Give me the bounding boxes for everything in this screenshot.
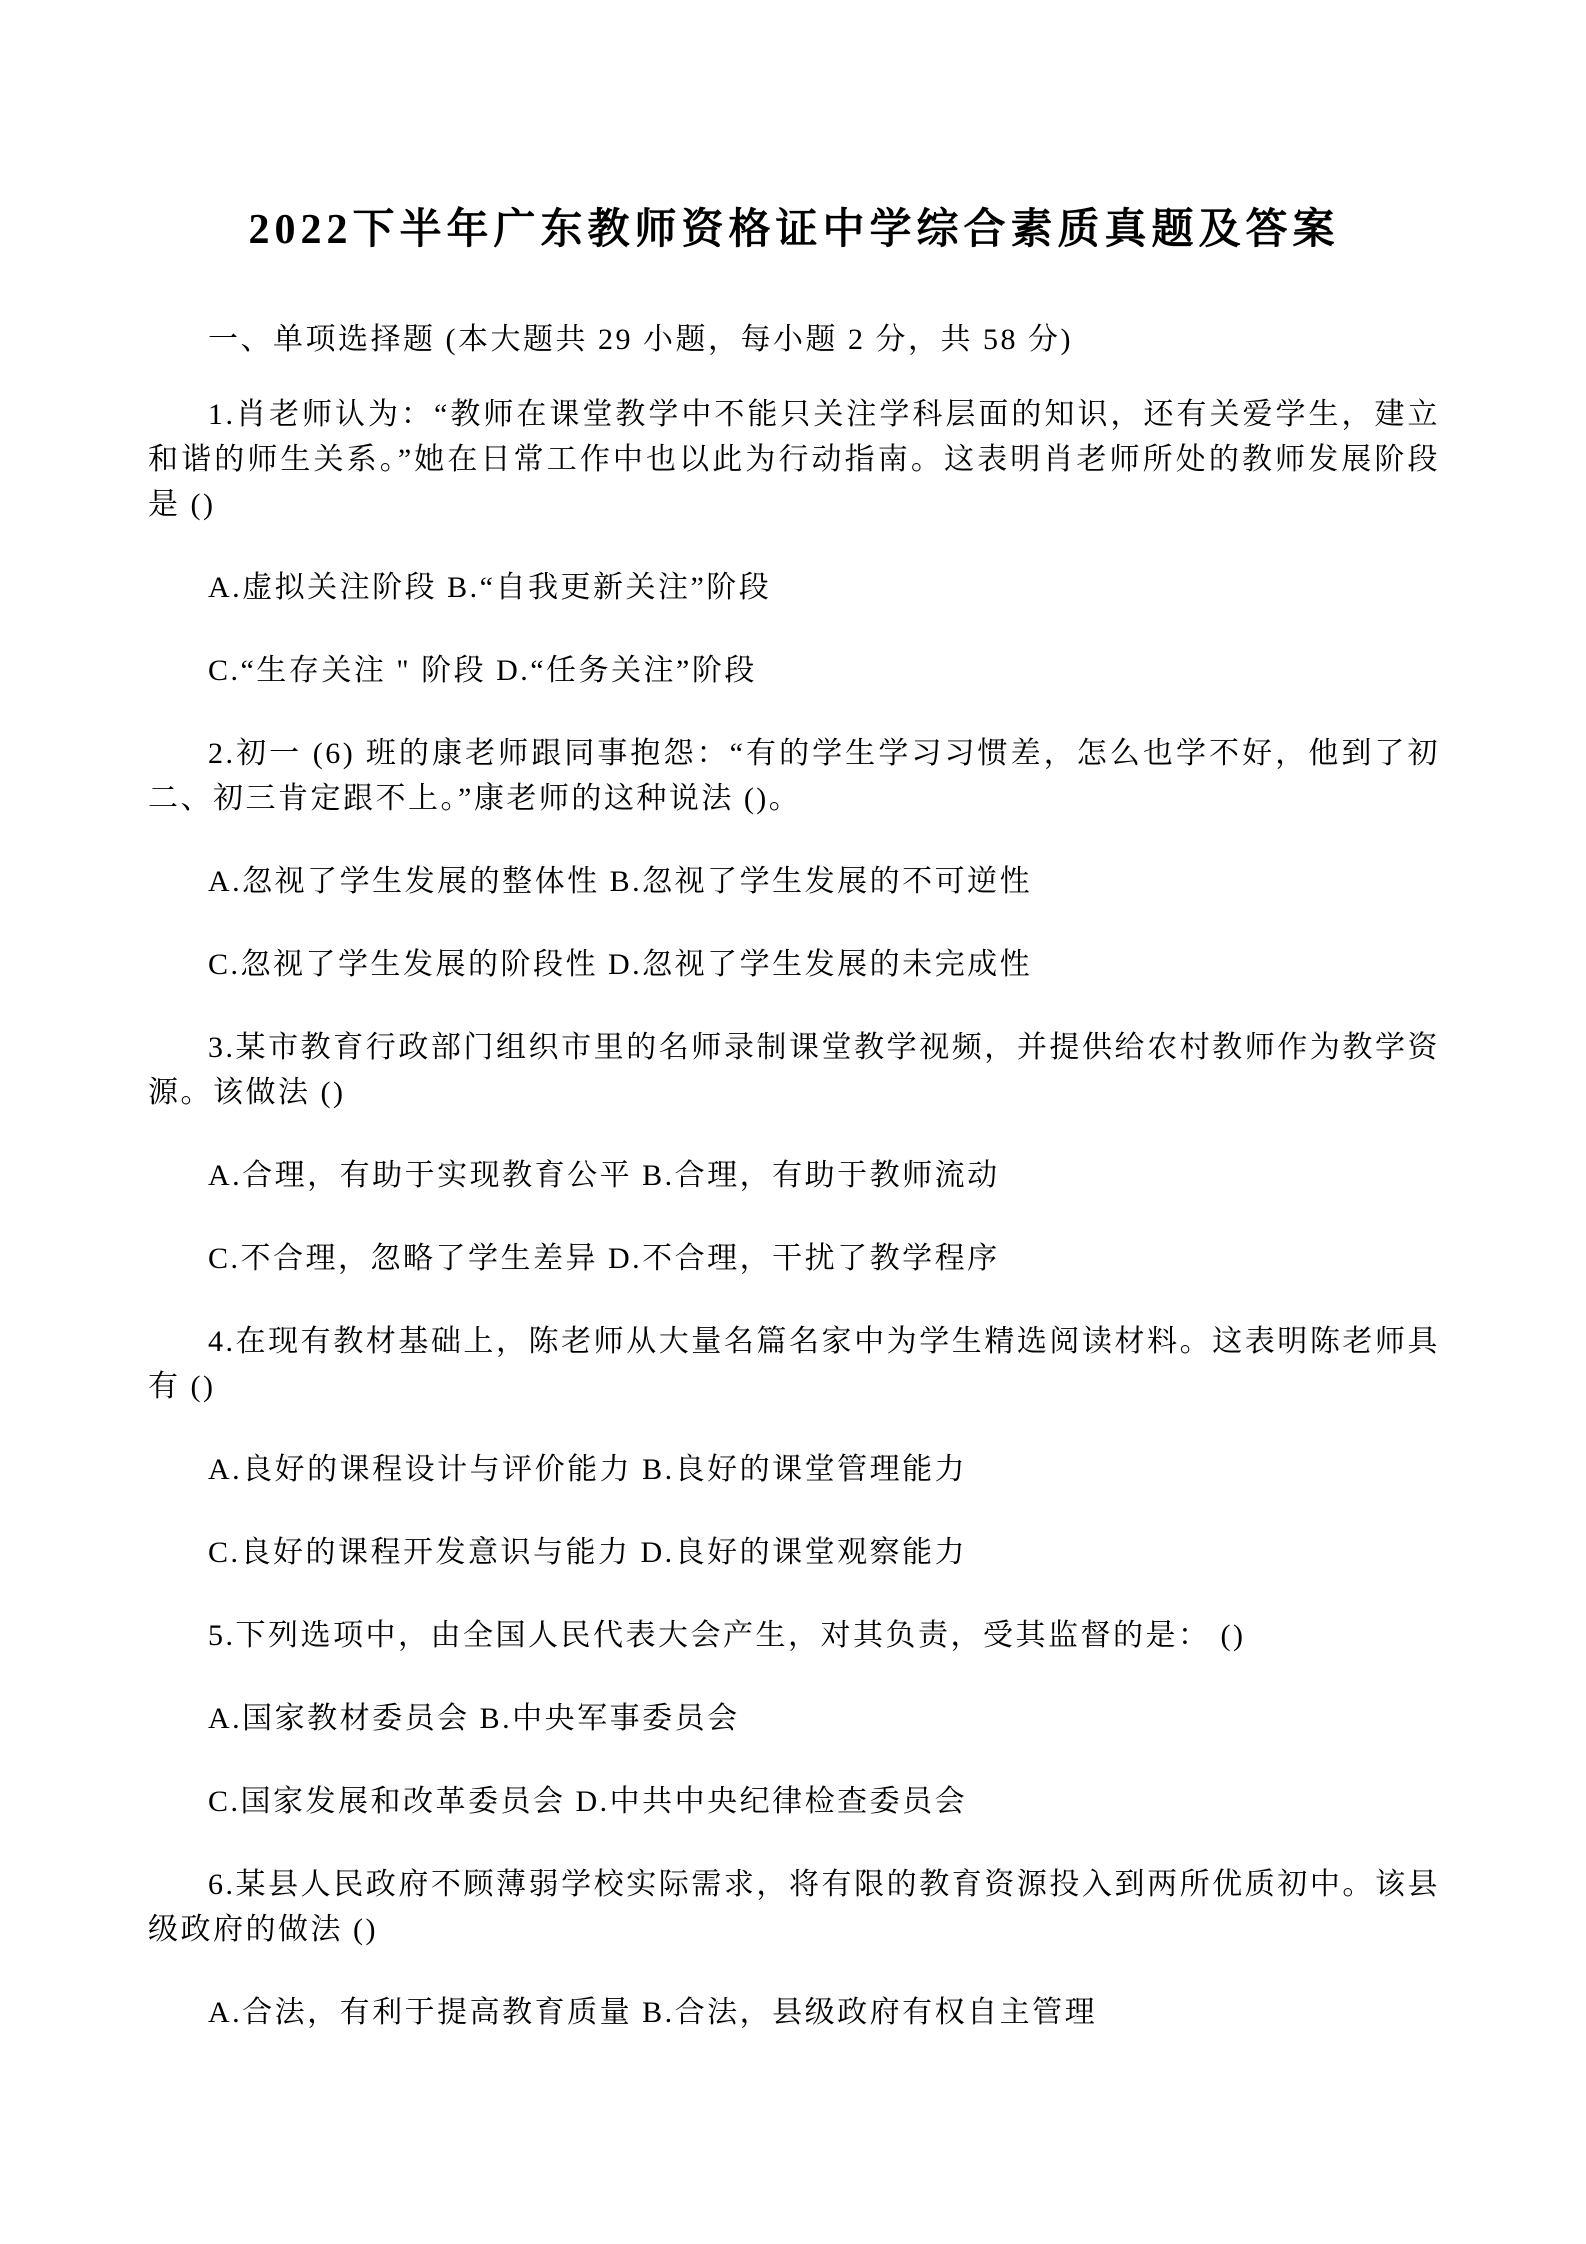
option-line-ab: A.虚拟关注阶段 B.“自我更新关注”阶段 bbox=[148, 565, 1440, 610]
option-line-cd: C.忽视了学生发展的阶段性 D.忽视了学生发展的未完成性 bbox=[148, 942, 1440, 987]
option-line-ab: A.忽视了学生发展的整体性 B.忽视了学生发展的不可逆性 bbox=[148, 859, 1440, 904]
option-line-ab: A.良好的课程设计与评价能力 B.良好的课堂管理能力 bbox=[148, 1447, 1440, 1492]
section-heading: 一、单项选择题 (本大题共 29 小题，每小题 2 分，共 58 分) bbox=[148, 317, 1440, 362]
question-block-6: 6.某县人民政府不顾薄弱学校实际需求，将有限的教育资源投入到两所优质初中。该县级… bbox=[148, 1862, 1440, 2035]
question-stem: 5.下列选项中，由全国人民代表大会产生，对其负责，受其监督的是： () bbox=[148, 1613, 1440, 1658]
option-line-ab: A.合法，有利于提高教育质量 B.合法，县级政府有权自主管理 bbox=[148, 1990, 1440, 2035]
question-stem: 2.初一 (6) 班的康老师跟同事抱怨：“有的学生学习习惯差，怎么也学不好，他到… bbox=[148, 731, 1440, 821]
option-line-ab: A.合理，有助于实现教育公平 B.合理，有助于教师流动 bbox=[148, 1153, 1440, 1198]
exam-document-page: 2022下半年广东教师资格证中学综合素质真题及答案 一、单项选择题 (本大题共 … bbox=[0, 0, 1586, 2244]
question-block-5: 5.下列选项中，由全国人民代表大会产生，对其负责，受其监督的是： () A.国家… bbox=[148, 1613, 1440, 1824]
question-block-3: 3.某市教育行政部门组织市里的名师录制课堂教学视频，并提供给农村教师作为教学资源… bbox=[148, 1025, 1440, 1281]
question-block-1: 1.肖老师认为：“教师在课堂教学中不能只关注学科层面的知识，还有关爱学生，建立和… bbox=[148, 392, 1440, 693]
question-stem: 4.在现有教材基础上，陈老师从大量名篇名家中为学生精选阅读材料。这表明陈老师具有… bbox=[148, 1319, 1440, 1409]
option-line-cd: C.国家发展和改革委员会 D.中共中央纪律检查委员会 bbox=[148, 1779, 1440, 1824]
question-stem: 3.某市教育行政部门组织市里的名师录制课堂教学视频，并提供给农村教师作为教学资源… bbox=[148, 1025, 1440, 1115]
option-line-cd: C.良好的课程开发意识与能力 D.良好的课堂观察能力 bbox=[148, 1530, 1440, 1575]
option-line-cd: C.“生存关注 " 阶段 D.“任务关注”阶段 bbox=[148, 648, 1440, 693]
option-line-cd: C.不合理，忽略了学生差异 D.不合理，干扰了教学程序 bbox=[148, 1236, 1440, 1281]
option-line-ab: A.国家教材委员会 B.中央军事委员会 bbox=[148, 1696, 1440, 1741]
exam-title: 2022下半年广东教师资格证中学综合素质真题及答案 bbox=[148, 203, 1440, 257]
question-stem: 6.某县人民政府不顾薄弱学校实际需求，将有限的教育资源投入到两所优质初中。该县级… bbox=[148, 1862, 1440, 1952]
question-stem: 1.肖老师认为：“教师在课堂教学中不能只关注学科层面的知识，还有关爱学生，建立和… bbox=[148, 392, 1440, 527]
question-block-4: 4.在现有教材基础上，陈老师从大量名篇名家中为学生精选阅读材料。这表明陈老师具有… bbox=[148, 1319, 1440, 1575]
question-block-2: 2.初一 (6) 班的康老师跟同事抱怨：“有的学生学习习惯差，怎么也学不好，他到… bbox=[148, 731, 1440, 987]
